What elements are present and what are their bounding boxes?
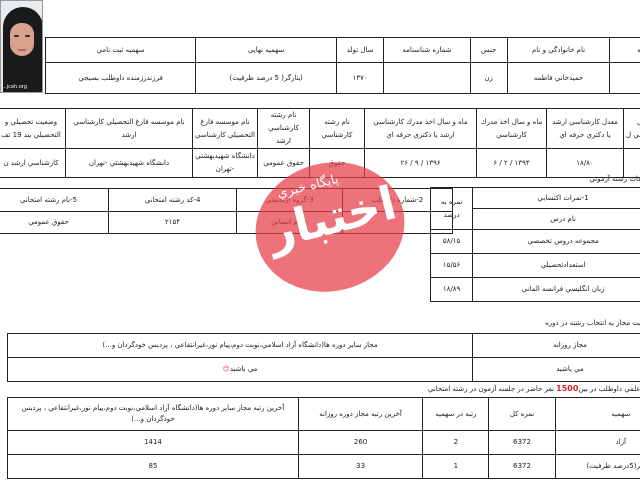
table-row: ايثارگر(5درصد ظرفيت) 6372 1 33 85 (8, 455, 640, 479)
scores-table: 1-نمرات اكتسابي نمره به درصد نام درس مجم… (430, 187, 640, 302)
row-quota: ايثارگر(5درصد ظرفيت) (555, 455, 640, 479)
header-gender: جنس (470, 38, 507, 63)
value-masters-field: حقوق عمومي (258, 149, 310, 178)
header-candidate-number: 2-شماره داوطلب (343, 189, 453, 212)
header-bachelor-gpa: معدل كارشناسي ل (624, 109, 640, 149)
header-masters-date: ماه و سال اخذ مدرك كارشناسي ارشد يا دكتر… (365, 109, 477, 149)
value-field-code: ۲۱۵۴ (109, 212, 237, 234)
header-full-name: نام خانوادگي و نام (507, 38, 610, 63)
header-birth-year: سال تولد (337, 38, 384, 63)
value-full-name: حميدخاني فاطمه (507, 63, 610, 94)
personal-info-table: شماره پرونده نام خانوادگي و نام جنس شمار… (45, 37, 640, 94)
value-candidate-number (343, 212, 453, 234)
header-exam-group: 3-گروه آزمايشي (237, 189, 343, 212)
header-education-status: وضعيت تحصيلي و التحصيلي بند 19 تف (0, 109, 66, 149)
header-bachelor-institute: نام موسسه فارغ التحصيلي كارشناسي (193, 109, 258, 149)
value-birth-year: ۱۳۷۰ (337, 63, 384, 94)
rank-section-label: رتبه علمي داوطلب در بين1500 نفر حاضر در … (428, 384, 640, 393)
value-masters-date: ۱۳۹۶ / ۹ / ۲۶ (365, 149, 477, 178)
value-bachelor-gpa: ۱۷ (624, 149, 640, 178)
row-quota-rank: 2 (423, 431, 489, 455)
rank-label-prefix: رتبه علمي داوطلب در بين (578, 385, 640, 393)
header-field-name: 5-نام رشته امتحاني (0, 189, 109, 212)
header-bachelor-date: ماه و سال اخذ مدرك كارشناسي (477, 109, 547, 149)
value-id-number (384, 63, 470, 94)
header-quota-rank: رتبه در سهميه (423, 398, 489, 431)
header-masters-institute: نام موسسه فارغ التحصيلي كارشناسي ارشد (66, 109, 193, 149)
header-last-other-rank: آخرين رتبه مجاز ساير دوره ها(دانشگاه آزا… (8, 398, 299, 431)
photo-eye (14, 35, 19, 37)
value-registered-quota: فرزندرزمنده داوطلب بسيجي (46, 63, 196, 94)
row-last-daytime-rank: 33 (298, 455, 422, 479)
header-quota: سهميه (555, 398, 640, 431)
candidate-info-table: 2-شماره داوطلب 3-گروه آزمايشي 4-كد رشته … (0, 188, 453, 234)
header-last-daytime-rank: آخرين رتبه مجاز دوره روزانه (298, 398, 422, 431)
value-allowed-other: مي باشيد😊 (8, 358, 473, 382)
rank-participant-count: 1500 (556, 384, 578, 393)
value-bachelor-date: ۱۳۹۴ / ۲ / ۶ (477, 149, 547, 178)
header-bachelor-field: نام رشته كارشناسي (310, 109, 365, 149)
value-bachelor-institute: دانشگاه شهيدبهشتي -تهران (193, 149, 258, 178)
value-gender: زن (470, 63, 507, 94)
header-registered-quota: سهميه ثبت نامي (46, 38, 196, 63)
value-file-number (610, 63, 640, 94)
header-id-number: شماره شناسنامه (384, 38, 470, 63)
course-name: زبان انگليسي فرانسه الماني (473, 278, 640, 302)
value-allowed-daytime: مي باشيد (473, 358, 640, 382)
rank-label-suffix: نفر حاضر در جلسه آزمون در رشته امتحاني (428, 385, 554, 393)
photo-face-shape (10, 23, 34, 56)
allowed-section-label: وضعيت مجاز به انتخاب رشته در دوره (545, 319, 640, 327)
row-quota: آزاد (555, 431, 640, 455)
value-field-name: حقوق عمومي (0, 212, 109, 234)
table-row: آزاد 6372 2 260 1414 (8, 431, 640, 455)
education-table: معدل كارشناسي ل معدل كارشناسي ارشد يا دك… (0, 108, 640, 178)
row-total-score: 6372 (489, 455, 555, 479)
allowed-other-text: مي باشيد (230, 365, 258, 373)
value-bachelor-field: حقوق (310, 149, 365, 178)
row-last-other-rank: 85 (8, 455, 299, 479)
course-score: ۱۵/۵۶ (431, 254, 473, 278)
course-score: ۱۸/۸۹ (431, 278, 473, 302)
row-last-other-rank: 1414 (8, 431, 299, 455)
row-quota-rank: 1 (423, 455, 489, 479)
value-masters-gpa: ۱۸/۸۰ (547, 149, 624, 178)
row-total-score: 6372 (489, 431, 555, 455)
course-name: استعدادتحصيلي (473, 254, 640, 278)
header-masters-gpa: معدل كارشناسي ارشد يا دكتري حرفه اي (547, 109, 624, 149)
value-final-quota: ايثارگر( 5 درصد ظرفيت) (196, 63, 337, 94)
allowed-table: مجاز روزانه مجاز ساير دوره ها(دانشگاه آز… (7, 333, 640, 382)
row-last-daytime-rank: 260 (298, 431, 422, 455)
header-allowed-daytime: مجاز روزانه (473, 334, 640, 358)
candidate-photo: ...jcah.org (0, 0, 43, 93)
exam-section-label: اطلاعات رشته آزموني (589, 175, 640, 183)
scores-title: 1-نمرات اكتسابي (473, 188, 640, 209)
photo-lips (18, 49, 26, 51)
header-final-quota: سهميه نهايي (196, 38, 337, 63)
value-education-status: كارشناسي ارشد ن (0, 149, 66, 178)
smiley-icon: 😊 (223, 365, 230, 373)
header-allowed-other: مجاز ساير دوره ها(دانشگاه آزاد اسلامي،نو… (8, 334, 473, 358)
header-file-number: شماره پرونده (610, 38, 640, 63)
header-masters-field: نام رشته كارشناسي ارشد (258, 109, 310, 149)
course-name: مجموعه دروس تخصصي (473, 230, 640, 254)
photo-watermark: ...jcah.org (2, 84, 27, 90)
rank-table: سهميه نمره كل رتبه در سهميه آخرين رتبه م… (7, 397, 640, 479)
value-masters-institute: دانشگاه شهيدبهشتي -تهران (66, 149, 193, 178)
value-exam-group: علوم انساني (237, 212, 343, 234)
photo-eye (25, 35, 30, 37)
header-total-score: نمره كل (489, 398, 555, 431)
header-field-code: 4-كد رشته امتحاني (109, 189, 237, 212)
header-course-name: نام درس (473, 209, 640, 230)
